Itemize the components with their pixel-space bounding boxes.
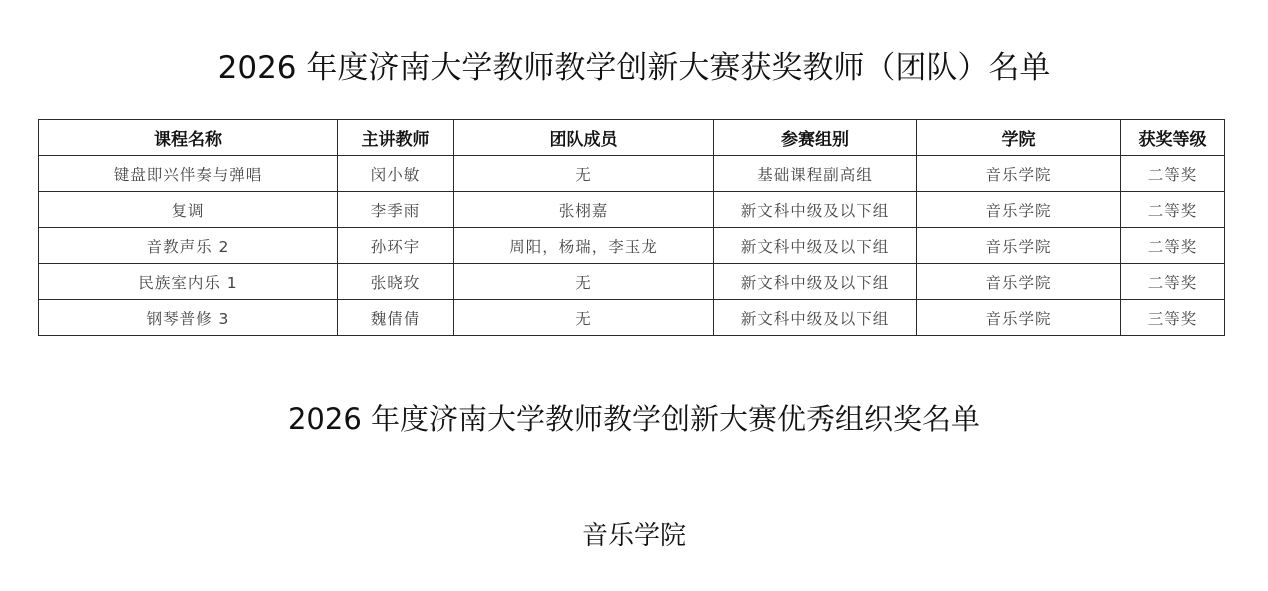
cell-team-members: 周阳，杨瑞，李玉龙 [454,228,714,264]
organization-award-winner: 音乐学院 [0,516,1268,556]
cell-award-level: 二等奖 [1121,228,1225,264]
cell-lead-teacher: 孙环宇 [338,228,454,264]
cell-competition-group: 新文科中级及以下组 [714,192,917,228]
awards-table: 课程名称 主讲教师 团队成员 参赛组别 学院 获奖等级 键盘即兴伴奏与弹唱 闵小… [38,119,1225,336]
table-row: 键盘即兴伴奏与弹唱 闵小敏 无 基础课程副高组 音乐学院 二等奖 [39,156,1225,192]
header-award-level: 获奖等级 [1121,120,1225,156]
cell-award-level: 三等奖 [1121,300,1225,336]
table-row: 民族室内乐 1 张晓玫 无 新文科中级及以下组 音乐学院 二等奖 [39,264,1225,300]
cell-college: 音乐学院 [917,192,1121,228]
header-college: 学院 [917,120,1121,156]
table-row: 音教声乐 2 孙环宇 周阳，杨瑞，李玉龙 新文科中级及以下组 音乐学院 二等奖 [39,228,1225,264]
cell-team-members: 无 [454,156,714,192]
cell-competition-group: 新文科中级及以下组 [714,228,917,264]
cell-course-name: 键盘即兴伴奏与弹唱 [39,156,338,192]
header-team-members: 团队成员 [454,120,714,156]
cell-college: 音乐学院 [917,228,1121,264]
cell-competition-group: 新文科中级及以下组 [714,300,917,336]
organization-award-title: 2026 年度济南大学教师教学创新大赛优秀组织奖名单 [0,398,1268,440]
table-header-row: 课程名称 主讲教师 团队成员 参赛组别 学院 获奖等级 [39,120,1225,156]
table-row: 钢琴普修 3 魏倩倩 无 新文科中级及以下组 音乐学院 三等奖 [39,300,1225,336]
cell-course-name: 音教声乐 2 [39,228,338,264]
header-competition-group: 参赛组别 [714,120,917,156]
cell-course-name: 复调 [39,192,338,228]
header-course-name: 课程名称 [39,120,338,156]
cell-college: 音乐学院 [917,156,1121,192]
cell-competition-group: 新文科中级及以下组 [714,264,917,300]
cell-lead-teacher: 张晓玫 [338,264,454,300]
cell-college: 音乐学院 [917,300,1121,336]
header-lead-teacher: 主讲教师 [338,120,454,156]
cell-course-name: 民族室内乐 1 [39,264,338,300]
award-list-title: 2026 年度济南大学教师教学创新大赛获奖教师（团队）名单 [0,46,1268,90]
cell-course-name: 钢琴普修 3 [39,300,338,336]
cell-competition-group: 基础课程副高组 [714,156,917,192]
cell-award-level: 二等奖 [1121,192,1225,228]
table-row: 复调 李季雨 张栩嘉 新文科中级及以下组 音乐学院 二等奖 [39,192,1225,228]
cell-award-level: 二等奖 [1121,264,1225,300]
cell-lead-teacher: 魏倩倩 [338,300,454,336]
cell-lead-teacher: 李季雨 [338,192,454,228]
cell-lead-teacher: 闵小敏 [338,156,454,192]
cell-team-members: 无 [454,300,714,336]
cell-team-members: 无 [454,264,714,300]
cell-award-level: 二等奖 [1121,156,1225,192]
cell-college: 音乐学院 [917,264,1121,300]
cell-team-members: 张栩嘉 [454,192,714,228]
